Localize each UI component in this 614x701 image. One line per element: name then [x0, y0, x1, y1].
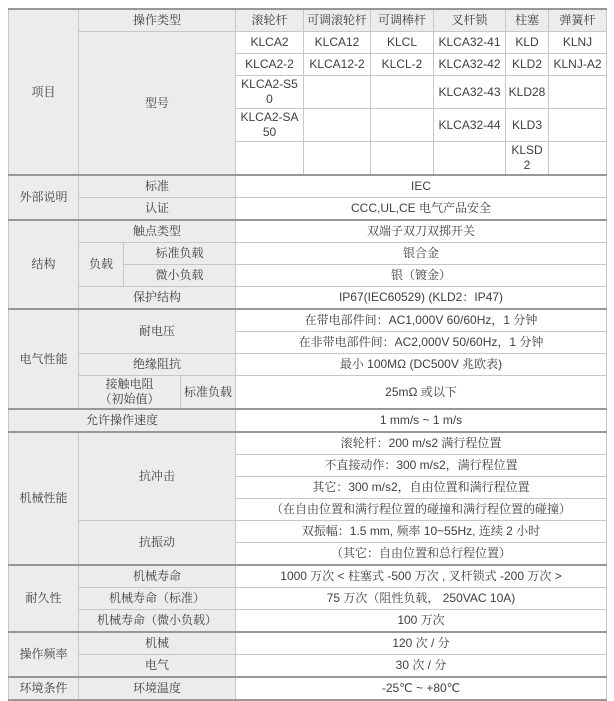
table-row: 认证 CCC,UL,CE 电气产品安全: [9, 198, 607, 221]
micro-load-label: 微小负载: [124, 265, 236, 287]
table-row: 结构 触点类型 双端子双刀双掷开关: [9, 220, 607, 243]
freq-mechanical-label: 机械: [79, 632, 236, 655]
table-row: 负载 标准负载 银合金: [9, 243, 607, 265]
protection-label: 保护结构: [79, 287, 236, 310]
model-cell: KLCA2: [236, 32, 304, 54]
vibration-resistance-label: 抗振动: [79, 521, 236, 566]
table-row: 项目 操作类型 滚轮杆 可调滚轮杆 可调棒杆 叉杆锁 柱塞 弹簧杆: [9, 9, 607, 32]
model-cell: [434, 142, 506, 176]
model-cell: KLD2: [506, 54, 549, 76]
mech-life-value: 1000 万次 < 柱塞式 -500 万次 , 叉杆锁式 -200 万次 >: [236, 565, 607, 588]
insulation-label: 绝缘阻抗: [79, 354, 236, 376]
withstand-voltage-value-2: 在非带电部件间：AC2,000V 50/60Hz，1 分钟: [236, 332, 607, 354]
table-row: 接触电阻 （初始值） 标准负载 25mΩ 或以下: [9, 376, 607, 410]
category-item: 项目: [9, 9, 79, 175]
vibration-value-2: （其它：自由位置和总行程位置）: [236, 543, 607, 566]
std-load-label: 标准负载: [124, 243, 236, 265]
model-cell: [371, 142, 434, 176]
category-structure: 结构: [9, 220, 79, 309]
mech-life-micro-label: 机械寿命（微小负载）: [79, 610, 236, 633]
model-cell: KLCA12: [304, 32, 371, 54]
cert-value: CCC,UL,CE 电气产品安全: [236, 198, 607, 221]
model-cell: [549, 142, 607, 176]
model-cell: [304, 142, 371, 176]
model-cell: KLCA2-SA50: [236, 109, 304, 142]
cert-label: 认证: [79, 198, 236, 221]
table-row: 允许操作速度 1 mm/s ~ 1 m/s: [9, 409, 607, 432]
category-frequency: 操作频率: [9, 632, 79, 677]
mech-life-micro-value: 100 万次: [236, 610, 607, 633]
model-label: 型号: [79, 32, 236, 176]
shock-value-2: 不直接动作：300 m/s2，满行程位置: [236, 455, 607, 477]
table-row: 保护结构 IP67(IEC60529) (KLD2：IP47): [9, 287, 607, 310]
type-fork-lever-lock: 叉杆锁: [434, 9, 506, 32]
model-cell: [549, 76, 607, 109]
freq-electrical-value: 30 次 / 分: [236, 655, 607, 678]
table-row: 抗振动 双振幅：1.5 mm, 频率 10~55Hz, 连续 2 小时: [9, 521, 607, 543]
category-external: 外部说明: [9, 175, 79, 220]
model-cell: [304, 76, 371, 109]
type-adjustable-rod-lever: 可调棒杆: [371, 9, 434, 32]
protection-value: IP67(IEC60529) (KLD2：IP47): [236, 287, 607, 310]
standard-value: IEC: [236, 175, 607, 198]
model-cell: KLD28: [506, 76, 549, 109]
table-row: 耐久性 机械寿命 1000 万次 < 柱塞式 -500 万次 , 叉杆锁式 -2…: [9, 565, 607, 588]
model-cell: KLCA32-43: [434, 76, 506, 109]
model-cell: KLNJ: [549, 32, 607, 54]
type-adjustable-roller-lever: 可调滚轮杆: [304, 9, 371, 32]
type-roller-lever: 滚轮杆: [236, 9, 304, 32]
shock-resistance-label: 抗冲击: [79, 432, 236, 521]
contact-resistance-label: 接触电阻 （初始值）: [79, 376, 181, 410]
standard-label: 标准: [79, 175, 236, 198]
table-row: 机械寿命（微小负载） 100 万次: [9, 610, 607, 633]
table-row: 机械性能 抗冲击 滚轮杆：200 m/s2 满行程位置: [9, 432, 607, 455]
contact-type-label: 触点类型: [79, 220, 236, 243]
model-cell: KLD3: [506, 109, 549, 142]
withstand-voltage-label: 耐电压: [79, 309, 236, 354]
std-load-value: 银合金: [236, 243, 607, 265]
model-cell: KLCA12-2: [304, 54, 371, 76]
table-row: 外部说明 标准 IEC: [9, 175, 607, 198]
category-durability: 耐久性: [9, 565, 79, 632]
shock-value-1: 滚轮杆：200 m/s2 满行程位置: [236, 432, 607, 455]
model-cell: [236, 142, 304, 176]
mech-life-label: 机械寿命: [79, 565, 236, 588]
model-cell: KLNJ-A2: [549, 54, 607, 76]
spec-table-container: 项目 操作类型 滚轮杆 可调滚轮杆 可调棒杆 叉杆锁 柱塞 弹簧杆 型号 KLC…: [0, 0, 614, 701]
model-cell: KLCA32-41: [434, 32, 506, 54]
model-cell: KLCL-2: [371, 54, 434, 76]
vibration-value-1: 双振幅：1.5 mm, 频率 10~55Hz, 连续 2 小时: [236, 521, 607, 543]
ambient-temp-value: -25℃ ~ +80℃: [236, 677, 607, 700]
table-row: 操作频率 机械 120 次 / 分: [9, 632, 607, 655]
mech-life-standard-value: 75 万次（阻性负载， 250VAC 10A): [236, 588, 607, 610]
withstand-voltage-value-1: 在带电部件间：AC1,000V 60/60Hz，1 分钟: [236, 309, 607, 332]
freq-electrical-label: 电气: [79, 655, 236, 678]
table-row: 环境条件 环境温度 -25℃ ~ +80℃: [9, 677, 607, 700]
type-plunger: 柱塞: [506, 9, 549, 32]
model-cell: [371, 109, 434, 142]
freq-mechanical-value: 120 次 / 分: [236, 632, 607, 655]
contact-resistance-value: 25mΩ 或以下: [236, 376, 607, 410]
ambient-temp-label: 环境温度: [79, 677, 236, 700]
model-cell: KLCA32-44: [434, 109, 506, 142]
table-row: 绝缘阻抗 最小 100MΩ (DC500V 兆欧表): [9, 354, 607, 376]
mech-life-standard-label: 机械寿命（标准）: [79, 588, 236, 610]
load-label: 负载: [79, 243, 124, 287]
category-environment: 环境条件: [9, 677, 79, 700]
model-cell: [371, 76, 434, 109]
table-row: 电气 30 次 / 分: [9, 655, 607, 678]
operating-speed-value: 1 mm/s ~ 1 m/s: [236, 409, 607, 432]
model-cell: KLSD2: [506, 142, 549, 176]
model-cell: [304, 109, 371, 142]
table-row: 机械寿命（标准） 75 万次（阻性负载， 250VAC 10A): [9, 588, 607, 610]
model-cell: KLCA2-S50: [236, 76, 304, 109]
type-spring-lever: 弹簧杆: [549, 9, 607, 32]
category-mechanical: 机械性能: [9, 432, 79, 565]
insulation-value: 最小 100MΩ (DC500V 兆欧表): [236, 354, 607, 376]
contact-type-value: 双端子双刀双掷开关: [236, 220, 607, 243]
spec-table: 项目 操作类型 滚轮杆 可调滚轮杆 可调棒杆 叉杆锁 柱塞 弹簧杆 型号 KLC…: [8, 8, 607, 701]
shock-value-4: （在自由位置和满行程位置的碰撞和满行程位置的碰撞）: [236, 499, 607, 521]
micro-load-value: 银（镀金）: [236, 265, 607, 287]
table-row: 型号 KLCA2 KLCA12 KLCL KLCA32-41 KLD KLNJ: [9, 32, 607, 54]
operation-type-label: 操作类型: [79, 9, 236, 32]
model-cell: KLD: [506, 32, 549, 54]
model-cell: KLCL: [371, 32, 434, 54]
model-cell: KLCA32-42: [434, 54, 506, 76]
shock-value-3: 其它：300 m/s2，自由位置和满行程位置: [236, 477, 607, 499]
model-cell: [549, 109, 607, 142]
contact-resistance-sub-label: 标准负载: [181, 376, 236, 410]
model-cell: KLCA2-2: [236, 54, 304, 76]
category-electrical: 电气性能: [9, 309, 79, 409]
operating-speed-label: 允许操作速度: [9, 409, 236, 432]
table-row: 电气性能 耐电压 在带电部件间：AC1,000V 60/60Hz，1 分钟: [9, 309, 607, 332]
